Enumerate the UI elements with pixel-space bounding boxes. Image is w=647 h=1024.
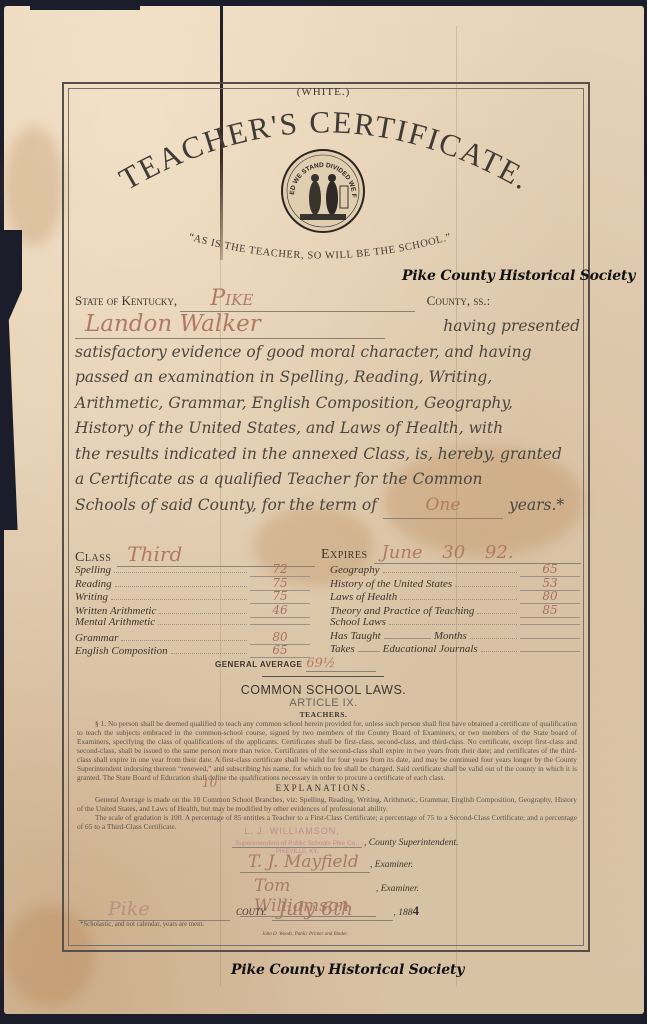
grade-row: History of the United States53 [330, 576, 580, 590]
expires-label: Expires [321, 547, 368, 563]
grade-row: Writing75 [75, 589, 310, 603]
water-stain [4, 126, 64, 246]
torn-edge [30, 0, 140, 10]
grade-row: Laws of Health80 [330, 589, 580, 603]
grade-row: Geography65 [330, 562, 580, 576]
place-handwritten: Pike [78, 898, 230, 921]
grade-row: Theory and Practice of Teaching85 [330, 603, 580, 617]
place-label: COUTY. [236, 907, 266, 917]
watermark-bottom: Pike County Historical Society [231, 962, 464, 978]
handwritten-insert: 10 [202, 776, 217, 790]
examiner-2-label: , Examiner. [376, 884, 419, 894]
year-prefix: , 188 [393, 908, 412, 918]
body-line: History of the United States, and Laws o… [75, 416, 580, 442]
body-line: having presented [443, 314, 580, 340]
county-name-handwritten: Pike [180, 286, 415, 312]
state-label: State of Kentucky, [75, 293, 177, 308]
divider [262, 676, 384, 677]
teacher-name-handwritten: Landon Walker [75, 312, 385, 339]
laws-section: TEACHERS. [0, 710, 647, 719]
grade-row: School Laws [330, 616, 580, 630]
body-line: years.* [509, 493, 564, 519]
examiner-1-label: , Examiner. [370, 860, 413, 870]
year-digit-handwritten: 4 [412, 903, 419, 919]
grade-row: TakesEducational Journals [330, 643, 580, 657]
grade-row: Written Arithmetic46 [75, 603, 310, 617]
svg-text:“AS IS THE TEACHER, SO WILL BE: “AS IS THE TEACHER, SO WILL BE THE SCHOO… [187, 232, 452, 262]
body-line: Schools of said County, for the term of [75, 493, 377, 519]
body-line: the results indicated in the annexed Cla… [75, 442, 580, 468]
grade-row: English Composition65 [75, 643, 310, 657]
date-handwritten: July 6th [272, 898, 393, 921]
examiner-1-signature: T. J. Mayfield [240, 852, 370, 873]
watermark-top: Pike County Historical Society [402, 268, 635, 284]
superintendent-line: Superintendent of Public Schools Pike Co… [232, 838, 592, 848]
grades-right-column: Geography65 History of the United States… [330, 562, 580, 657]
place-date-line: Pike COUTY. July 6th , 188 4 [78, 898, 478, 921]
county-label: County, ss.: [427, 293, 491, 308]
grade-row: Spelling72 [75, 562, 310, 576]
expires-value-handwritten: June 30 92. [374, 542, 581, 564]
grade-row: Mental Arithmetic [75, 616, 310, 630]
printer-credit: John D. Woods, Public Printer and Binder… [262, 932, 348, 937]
stamp-name: L. J. WILLIAMSON, [232, 826, 352, 836]
general-average-label: GENERAL AVERAGE [215, 660, 302, 669]
superintendent-label: , County Superintendent. [364, 838, 458, 848]
body-line: passed an examination in Spelling, Readi… [75, 365, 580, 391]
grade-row: Has TaughtMonths [330, 630, 580, 644]
body-line: a Certificate as a qualified Teacher for… [75, 467, 580, 493]
body-line: Arithmetic, Grammar, English Composition… [75, 391, 580, 417]
grade-row: Grammar80 [75, 630, 310, 644]
laws-paragraph: § 1. No person shall be deemed qualified… [77, 719, 577, 782]
body-line: satisfactory evidence of good moral char… [75, 340, 580, 366]
explanations-title: EXPLANATIONS. [0, 783, 647, 793]
term-handwritten: One [383, 493, 503, 520]
laws-title: COMMON SCHOOL LAWS. [0, 683, 647, 697]
stamp-title: Superintendent of Public Schools Pike Co… [232, 840, 362, 848]
grade-row: Reading75 [75, 576, 310, 590]
footnote: *Scholastic, and not calendar, years are… [80, 921, 204, 928]
kentucky-seal-icon: UNITED WE STAND DIVIDED WE FALL [280, 148, 366, 234]
examiner-1-line: T. J. Mayfield , Examiner. [240, 852, 560, 873]
explanation-1: General Average is made on the 10 Common… [77, 795, 577, 813]
grades-left-column: Spelling72 Reading75 Writing75 Written A… [75, 562, 310, 657]
state-county-line: State of Kentucky, Pike County, ss.: [75, 286, 580, 312]
certificate-body: Landon Walker having presented satisfact… [75, 312, 580, 519]
laws-article: ARTICLE IX. [0, 697, 647, 709]
general-average-value: 69½ [306, 656, 376, 672]
